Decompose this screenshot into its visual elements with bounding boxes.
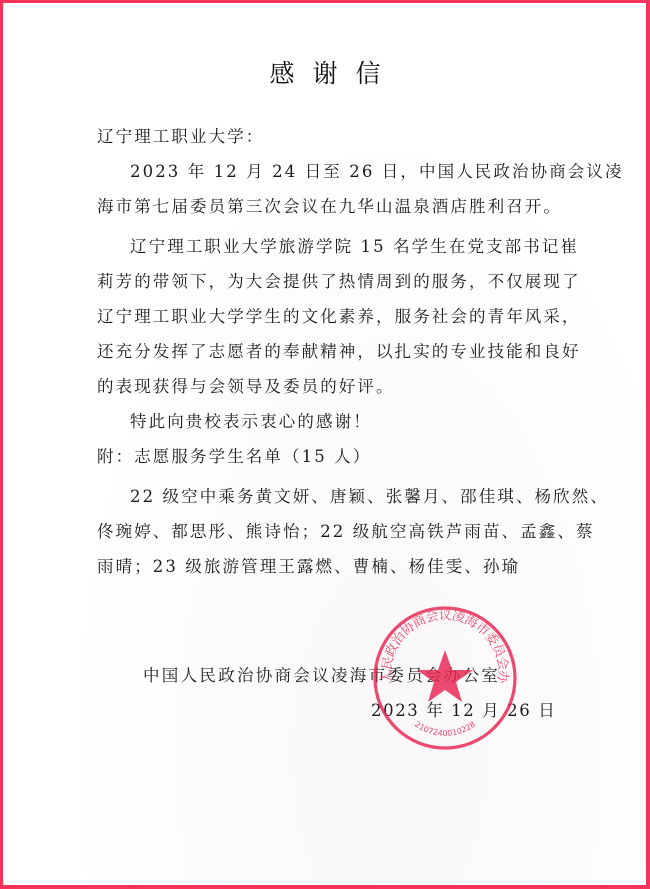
paragraph-1-line-1: 2023 年 12 月 24 日至 26 日，中国人民政治协商会议凌 (130, 162, 624, 182)
closing-line: 特此向贵校表示衷心的感谢！ (130, 412, 372, 432)
attachment-heading: 附：志愿服务学生名单（15 人） (97, 447, 371, 467)
paragraph-2-line-3: 辽宁理工职业大学学生的文化素养，服务社会的青年风采， (97, 307, 581, 327)
paragraph-2-line-5: 的表现获得与会领导及委员的好评。 (97, 377, 395, 397)
paragraph-1-line-2: 海市第七届委员第三次会议在九华山温泉酒店胜利召开。 (97, 197, 562, 217)
attachment-line-2: 佟琬婷、都思彤、熊诗怡；22 级航空高铁芦雨苗、孟鑫、蔡 (97, 522, 595, 542)
letter-title: 感谢信 (0, 54, 650, 90)
paragraph-2-line-4: 还充分发挥了志愿者的奉献精神，以扎实的专业技能和良好 (97, 342, 581, 362)
paragraph-2-line-1: 辽宁理工职业大学旅游学院 15 名学生在党支部书记崔 (130, 237, 579, 257)
paragraph-2-line-2: 莉芳的带领下，为大会提供了热情周到的服务，不仅展现了 (97, 272, 581, 292)
attachment-line-1: 22 级空中乘务黄文妍、唐颖、张馨月、邵佳琪、杨欣然、 (130, 487, 609, 507)
attachment-line-3: 雨晴；23 级旅游管理王露燃、曹楠、杨佳雯、孙瑜 (97, 557, 520, 577)
svg-text:2107240010228: 2107240010228 (413, 720, 477, 738)
official-seal-icon: 中国人民政治协商会议凌海市委员会办公室 2107240010228 (371, 604, 519, 752)
salutation: 辽宁理工职业大学： (97, 127, 264, 147)
